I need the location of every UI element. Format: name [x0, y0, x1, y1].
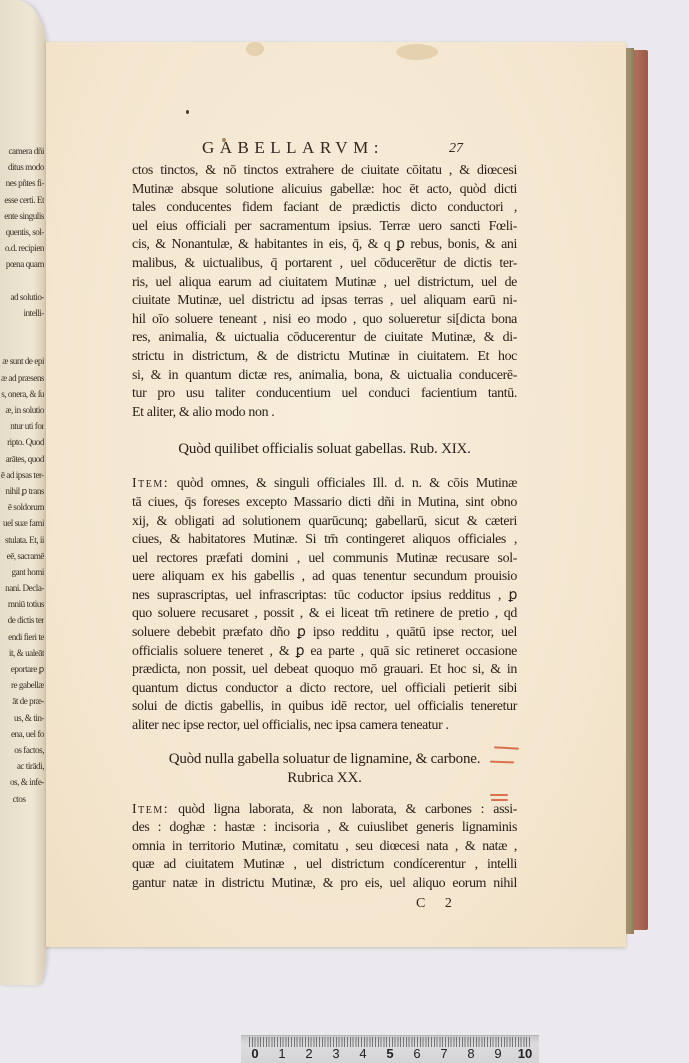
text-line: nes suprascriptas, uel infrascriptas: tū… [132, 587, 517, 606]
ruler-label: 8 [461, 1046, 481, 1063]
line-text: xij, & obligati ad solutionem quarūcunq;… [132, 514, 517, 529]
left-page-line: æ sunt de epi [0, 353, 44, 369]
rubric-20: Quòd nulla gabella soluatur de lignamine… [132, 750, 517, 788]
paragraph-2: Item: quòd omnes, & singuli officiales I… [132, 475, 517, 735]
ruler-label: 3 [326, 1046, 346, 1063]
rubric-20-line-2: Rubrica XX. [132, 769, 517, 788]
text-line: quæ ad ciuitatem Mutinæ , uel districtum… [132, 856, 517, 875]
text-line: Item: quòd ligna laborata, & non laborat… [132, 801, 517, 820]
paragraph-1: ctos tinctos, & nō tinctos extrahere de … [132, 162, 517, 422]
left-page-line: ctos [0, 791, 44, 807]
left-page-line: os factos, [0, 742, 44, 758]
text-line: cis, & Nonantulæ, & habitantes in eis, q… [132, 236, 517, 255]
ruler-label: 2 [299, 1046, 319, 1063]
water-stain [246, 42, 264, 56]
text-line: aliter nec ipse rector, uel officialis, … [132, 717, 517, 736]
paragraph-3: Item: quòd ligna laborata, & non laborat… [132, 801, 517, 894]
line-text: uel rectores præfati domini , uel commun… [132, 551, 517, 566]
left-page-line: nihil ꝑ trans [0, 483, 44, 499]
line-text: gantur natæ in districtu Mutinæ, & pro e… [132, 876, 517, 891]
text-line: ciues, & habitatores Mutinæ. Si tm̄ cont… [132, 531, 517, 550]
left-page-line: ente singulis [0, 208, 44, 224]
line-text: quòd ligna laborata, & non laborata, & c… [169, 802, 517, 817]
left-page-line: ripto. Quod [0, 434, 44, 450]
page-number: 27 [449, 141, 463, 157]
left-page-line: āt de præ- [0, 693, 44, 709]
ruler-label: 9 [488, 1046, 508, 1063]
left-page-line: ntur uti for [0, 418, 44, 434]
text-line: strictu in districtum, & de districtu Mu… [132, 348, 517, 367]
ruler-label: 4 [353, 1046, 373, 1063]
left-page-line: pœna quam [0, 256, 44, 272]
ruler-label: 6 [407, 1046, 427, 1063]
left-page-line: arātes, quod [0, 451, 44, 467]
rubric-20-line-1: Quòd nulla gabella soluatur de lignamine… [132, 750, 517, 769]
line-text: quantum dictus conductor a dicto rectore… [132, 681, 517, 696]
left-page-line: esse certi. Et [0, 192, 44, 208]
left-page-line: intelli- [0, 305, 44, 321]
ruler-label: 7 [434, 1046, 454, 1063]
line-text: omnia in territorio Mutinæ, comitatu , s… [132, 839, 517, 854]
left-page-line: eē, sacramē [0, 548, 44, 564]
line-text: officialis soluere teneret , & ꝑ ea part… [132, 644, 517, 659]
ink-spot [186, 110, 189, 114]
line-text: solui de dictis gabellis, in quibus idē … [132, 699, 517, 714]
page-text-block: GABELLARVM: 27 ctos tinctos, & nō tincto… [132, 138, 517, 914]
text-line: uel eius officiali per sacramentum ipsiu… [132, 218, 517, 237]
text-line: tā ciues, q̄s foreses excepto Massario d… [132, 494, 517, 513]
left-page-line: mniū totius [0, 596, 44, 612]
text-line: prædicta, non possit, uel debeat quoquo … [132, 661, 517, 680]
text-line: hil oīo soluere teneant , nisi eo modo ,… [132, 311, 517, 330]
line-text: quo soluere recusaret , possit , & ei li… [132, 606, 517, 621]
left-page-line: re gabellæ [0, 677, 44, 693]
line-text: tā ciues, q̄s foreses excepto Massario d… [132, 495, 517, 510]
line-text: uere aliquam ex his gabellis , ad quas t… [132, 569, 517, 584]
left-page-line: nani. Decla- [0, 580, 44, 596]
text-line: Et aliter, & alio modo non . [132, 404, 517, 423]
line-text: des : doghæ : hastæ : incisoria , & cuiu… [132, 820, 517, 835]
line-text: aliter nec ipse rector, uel officialis, … [132, 718, 449, 733]
ruler-labels: 012345678910 [245, 1046, 539, 1063]
left-page-line: stulata. Et, ii [0, 532, 44, 548]
line-text: ciues, & habitatores Mutinæ. Si tm̄ cont… [132, 532, 517, 547]
left-page-line: endi fieri te [0, 629, 44, 645]
running-title: GABELLARVM: [202, 138, 384, 158]
signature-mark: C 2 [416, 896, 460, 912]
initial-item-word: Item: [132, 476, 169, 491]
text-line: ctos tinctos, & nō tinctos extrahere de … [132, 162, 517, 181]
line-text: quòd omnes, & singuli officiales Ill. d.… [169, 476, 517, 491]
left-page-line [0, 273, 44, 289]
left-page-line: os, & infe- [0, 774, 44, 790]
running-head: GABELLARVM: 27 [132, 138, 517, 160]
water-stain [396, 44, 438, 60]
text-line: malibus, & uictualibus, q̄ portarent , u… [132, 255, 517, 274]
text-line: officialis soluere teneret , & ꝑ ea part… [132, 643, 517, 662]
text-line: Item: quòd omnes, & singuli officiales I… [132, 475, 517, 494]
left-page-line: s, onera, & ſu [0, 386, 44, 402]
red-margin-mark [491, 799, 508, 801]
ruler-label: 5 [380, 1046, 400, 1063]
text-line: quantum dictus conductor a dicto rectore… [132, 680, 517, 699]
text-line: gantur natæ in districtu Mutinæ, & pro e… [132, 875, 517, 894]
ruler-label: 0 [245, 1046, 265, 1063]
left-page-line: æ, in solutio [0, 402, 44, 418]
left-page-line: ad solutio- [0, 289, 44, 305]
line-text: quæ ad ciuitatem Mutinæ , uel districtum… [132, 857, 517, 872]
text-line: ris, uel aliqua earum ad ciuitatem Mutin… [132, 274, 517, 293]
left-page-line: gant homi [0, 564, 44, 580]
text-line: si, & in quantum dictæ res, animalia, bo… [132, 367, 517, 386]
left-page-line: æ ad præsens [0, 370, 44, 386]
book-page: GABELLARVM: 27 ctos tinctos, & nō tincto… [46, 42, 626, 947]
left-page-text-fragments: camera dñiditus modones pñtes fi-esse ce… [0, 143, 44, 807]
left-page-line: camera dñi [0, 143, 44, 159]
text-line: quo soluere recusaret , possit , & ei li… [132, 605, 517, 624]
ruler-label: 10 [515, 1046, 535, 1063]
left-page-line: quentis, sol- [0, 224, 44, 240]
red-margin-mark [490, 794, 508, 796]
left-page-line: ē soldorum [0, 499, 44, 515]
rubric-19-title: Quòd quilibet officialis soluat gabellas… [132, 440, 517, 459]
left-page-line [0, 321, 44, 337]
left-page-line: de dictis ter [0, 612, 44, 628]
line-text: nes suprascriptas, uel infrascriptas: tū… [132, 588, 517, 603]
text-line: omnia in territorio Mutinæ, comitatu , s… [132, 838, 517, 857]
text-line: xij, & obligati ad solutionem quarūcunq;… [132, 513, 517, 532]
rubric-19: Quòd quilibet officialis soluat gabellas… [132, 440, 517, 459]
left-page-line: ena, uel fo [0, 726, 44, 742]
text-line: Mutinæ absque solutione alicuius gabellæ… [132, 181, 517, 200]
line-text: soluere debebit præfato dño ꝑ ipso reddi… [132, 625, 517, 640]
left-page-line: ac tirādi, [0, 758, 44, 774]
text-line: ciuitate Mutinæ, uel districtu ad ipsas … [132, 292, 517, 311]
text-line: tales conducentes fidem faciant de prædi… [132, 199, 517, 218]
text-line: tur pro usu taliter conducentium uel con… [132, 385, 517, 404]
text-line: uel rectores præfati domini , uel commun… [132, 550, 517, 569]
line-text: prædicta, non possit, uel debeat quoquo … [132, 662, 517, 677]
left-page-line: ditus modo [0, 159, 44, 175]
left-page-line: ē ad ipsas ter- [0, 467, 44, 483]
left-page-line: uel suæ fami [0, 515, 44, 531]
initial-item-word: Item: [132, 802, 169, 817]
ruler-label: 1 [272, 1046, 292, 1063]
text-line: uere aliquam ex his gabellis , ad quas t… [132, 568, 517, 587]
text-line: soluere debebit præfato dño ꝑ ipso reddi… [132, 624, 517, 643]
text-line: des : doghæ : hastæ : incisoria , & cuiu… [132, 819, 517, 838]
left-page-line: nes pñtes fi- [0, 175, 44, 191]
scale-ruler: 012345678910 [241, 1035, 539, 1063]
left-page-line: us, & tin- [0, 710, 44, 726]
left-page-line: it, & ualeāt [0, 645, 44, 661]
left-page-line: eportare ꝑ [0, 661, 44, 677]
left-facing-page: camera dñiditus modones pñtes fi-esse ce… [0, 0, 46, 985]
text-line: res, animalia, & uictualia cōducerentur … [132, 329, 517, 348]
text-line: solui de dictis gabellis, in quibus idē … [132, 698, 517, 717]
left-page-line: o.d. recipien [0, 240, 44, 256]
left-page-line [0, 337, 44, 353]
